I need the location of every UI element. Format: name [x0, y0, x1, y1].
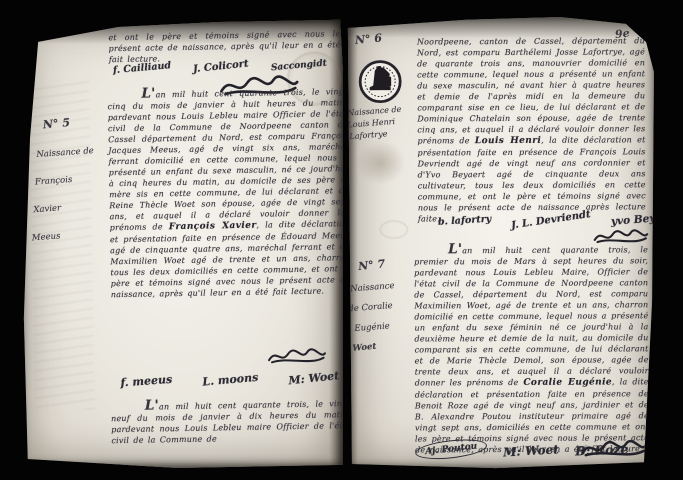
right-page: 9e N° 6 Naissance de Louis Henri Lafortr…	[346, 12, 658, 470]
scanned-register-spread: et ont le père et témoins signé avec nou…	[0, 0, 683, 480]
right-page-content: 9e N° 6 Naissance de Louis Henri Lafortr…	[345, 11, 659, 471]
margin-note-line: Xavier	[33, 203, 61, 215]
margin-note-line: Naissance de	[347, 105, 402, 118]
act-number-margin: N° 7	[357, 257, 385, 273]
act-6-text-before-name: Noordpeene, canton de Cassel, départemen…	[417, 36, 646, 145]
act-6-body: Noordpeene, canton de Cassel, départemen…	[417, 35, 646, 224]
act-6-signatures: b. lafortry J. L. Devriendt yvo Beyaert	[438, 213, 680, 226]
margin-note-line: Lafortrye	[349, 129, 388, 141]
margin-note-line: Meeus	[32, 231, 61, 243]
mayor-signature-flourish	[579, 437, 649, 459]
act-6-text-after-name: , la dite déclaration et présentation fa…	[418, 135, 646, 223]
left-page-paper: et ont le père et témoins signé avec nou…	[18, 18, 343, 468]
father-signature: b. lafortry	[438, 214, 492, 228]
right-page-paper: 9e N° 6 Naissance de Louis Henri Lafortr…	[346, 12, 658, 470]
witness-signature: Aj. Poutou	[414, 436, 488, 462]
act-6-opening: L'an mil huit cent quarante trois, le vi…	[111, 397, 352, 446]
act-7-text-before-name: L'an mil huit cent quarante trois, le pr…	[414, 245, 649, 387]
father-signature: f. meeus	[120, 373, 173, 390]
act-5-child-name: François Xavier	[169, 221, 257, 233]
margin-note-line: Naissance	[350, 281, 395, 294]
ink-stain	[355, 141, 405, 185]
act-number-margin: N° 6	[354, 31, 382, 46]
margin-note-line: de Coralie	[348, 301, 393, 314]
act-7-body: L'an mil huit cent quarante trois, le pr…	[414, 243, 649, 455]
witness-signature: L. moons	[202, 371, 259, 389]
margin-note-line: Eugénie	[354, 321, 390, 334]
mayor-signature-flourish	[266, 345, 328, 366]
left-page-content: et ont le père et témoins signé avec nou…	[14, 15, 347, 471]
witness-signature: f. Cailliaud	[113, 60, 172, 76]
act-6-child-name: Louis Henri	[475, 136, 541, 146]
pencil-oval-mark	[380, 220, 408, 238]
left-page: et ont le père et témoins signé avec nou…	[18, 18, 343, 468]
father-signature: M: Woet	[503, 442, 559, 459]
witness-signature: yvo Beyaert	[611, 211, 680, 228]
margin-note-line: Woet	[352, 342, 377, 354]
act-5-signatures: f. meeus L. moons M: Woet	[120, 371, 339, 388]
act-number-margin: N° 5	[42, 116, 70, 131]
act-5-body: L'an mil huit cent quarante trois, le vi…	[107, 85, 351, 300]
witness-signature: M: Woet	[288, 369, 340, 387]
timbre-royal-stamp-icon	[357, 59, 403, 105]
margin-note-line: Louis Henri	[347, 117, 395, 130]
act-5-text-before-name: L'an mil huit cent quarante trois, le vi…	[108, 87, 350, 232]
act-7-child-name: Coralie Eugénie	[523, 377, 612, 387]
